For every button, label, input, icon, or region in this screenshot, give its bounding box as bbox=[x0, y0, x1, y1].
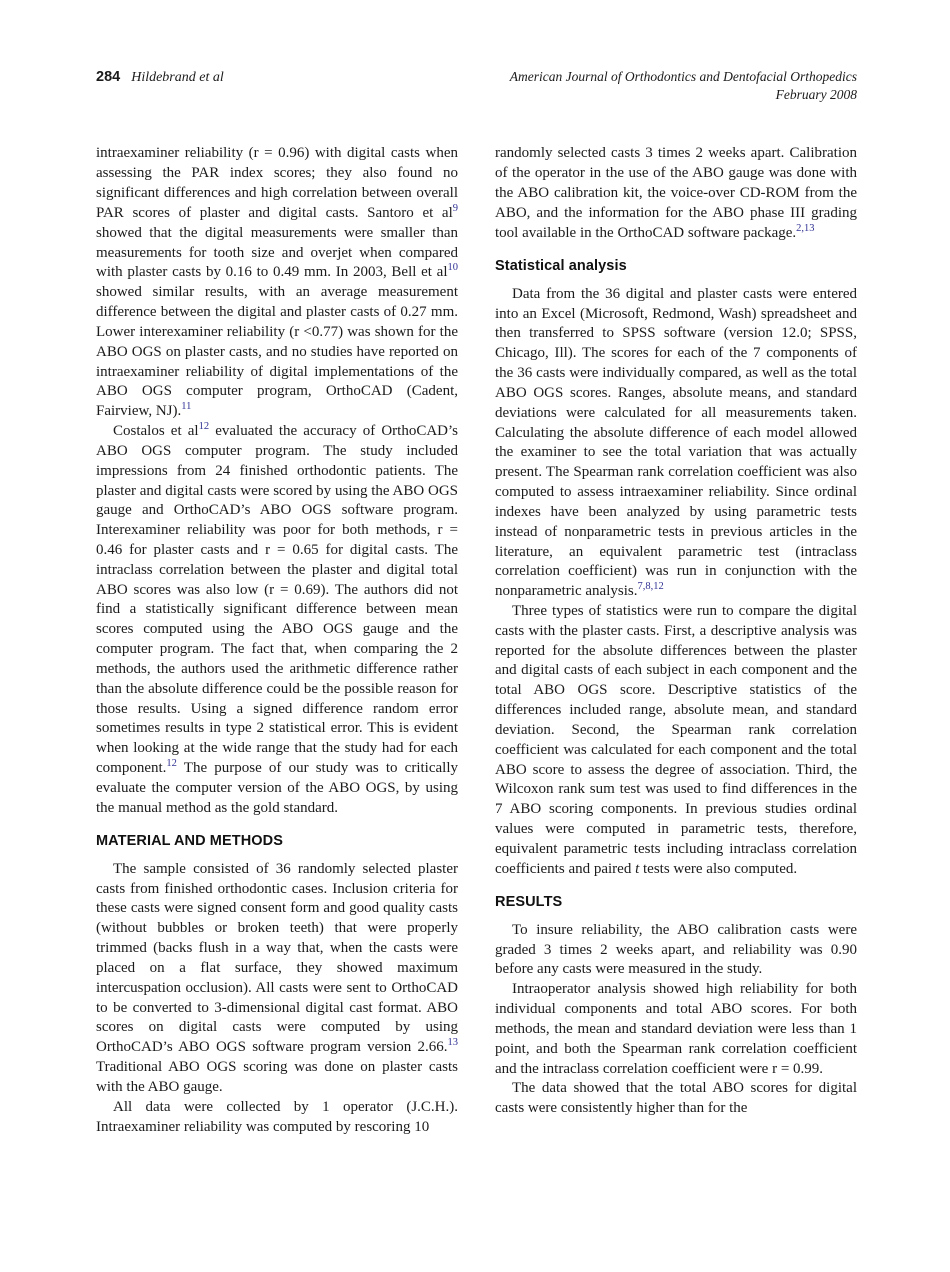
running-authors: Hildebrand et al bbox=[131, 70, 224, 85]
right-column: randomly selected casts 3 times 2 weeks … bbox=[495, 144, 857, 1137]
reference-link[interactable]: 7,8,12 bbox=[637, 581, 663, 592]
paragraph: All data were collected by 1 operator (J… bbox=[96, 1098, 458, 1138]
section-heading: MATERIAL AND METHODS bbox=[96, 832, 458, 851]
running-head-left: 284Hildebrand et al bbox=[96, 68, 224, 86]
page-header: 284Hildebrand et al American Journal of … bbox=[96, 68, 857, 104]
paragraph: Intraoperator analysis showed high relia… bbox=[495, 980, 857, 1079]
reference-link[interactable]: 10 bbox=[448, 262, 459, 273]
paragraph: Costalos et al12 evaluated the accuracy … bbox=[96, 422, 458, 819]
left-column: intraexaminer reliability (r = 0.96) wit… bbox=[96, 144, 458, 1137]
paragraph: The data showed that the total ABO score… bbox=[495, 1079, 857, 1119]
paragraph: The sample consisted of 36 randomly sele… bbox=[96, 860, 458, 1098]
paragraph: To insure reliability, the ABO calibrati… bbox=[495, 921, 857, 980]
reference-link[interactable]: 11 bbox=[181, 401, 191, 412]
paragraph: intraexaminer reliability (r = 0.96) wit… bbox=[96, 144, 458, 422]
reference-link[interactable]: 12 bbox=[166, 758, 177, 769]
issue-date: February 2008 bbox=[510, 86, 857, 104]
running-head-right: American Journal of Orthodontics and Den… bbox=[510, 68, 857, 104]
reference-link[interactable]: 9 bbox=[453, 203, 458, 214]
journal-name: American Journal of Orthodontics and Den… bbox=[510, 68, 857, 86]
journal-page: 284Hildebrand et al American Journal of … bbox=[0, 0, 950, 1272]
paragraph: Three types of statistics were run to co… bbox=[495, 602, 857, 880]
paragraph: randomly selected casts 3 times 2 weeks … bbox=[495, 144, 857, 243]
reference-link[interactable]: 12 bbox=[199, 421, 210, 432]
page-number: 284 bbox=[96, 69, 120, 85]
reference-link[interactable]: 2,13 bbox=[796, 223, 814, 234]
reference-link[interactable]: 13 bbox=[448, 1037, 459, 1048]
paragraph: Data from the 36 digital and plaster cas… bbox=[495, 285, 857, 602]
article-body: intraexaminer reliability (r = 0.96) wit… bbox=[96, 144, 857, 1137]
subsection-heading: Statistical analysis bbox=[495, 257, 857, 276]
section-heading: RESULTS bbox=[495, 893, 857, 912]
italic-term: t bbox=[635, 861, 639, 877]
